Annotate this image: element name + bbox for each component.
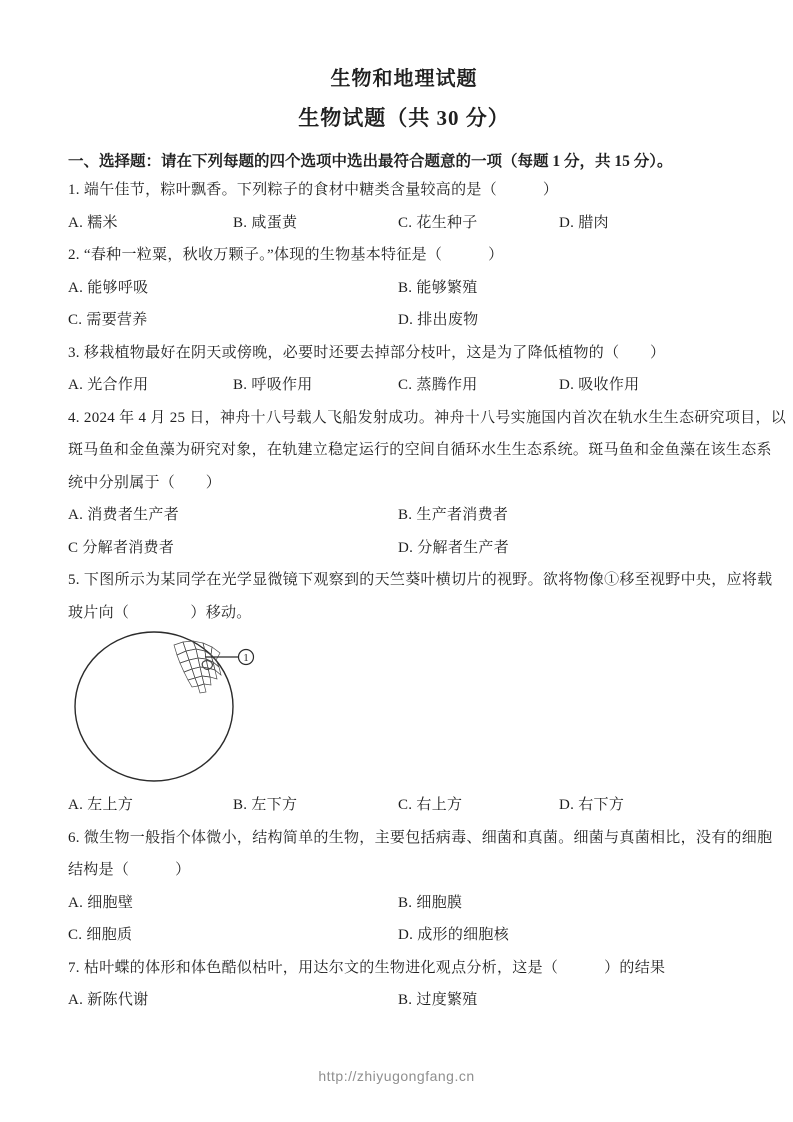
watermark-url: http://zhiyugongfang.cn xyxy=(0,1068,793,1084)
option-4c: C 分解者消费者 xyxy=(68,532,398,565)
option-6c: C. 细胞质 xyxy=(68,919,398,952)
question-5-options: A. 左上方 B. 左下方 C. 右上方 D. 右下方 xyxy=(68,789,740,822)
question-4-options-row2: C 分解者消费者 D. 分解者生产者 xyxy=(68,532,740,565)
option-6b: B. 细胞膜 xyxy=(398,887,740,920)
question-1-options: A. 糯米 B. 咸蛋黄 C. 花生种子 D. 腊肉 xyxy=(68,207,740,240)
question-2-options-row2: C. 需要营养 D. 排出废物 xyxy=(68,304,740,337)
question-4-options-row1: A. 消费者生产者 B. 生产者消费者 xyxy=(68,499,740,532)
option-3b: B. 呼吸作用 xyxy=(233,369,398,402)
option-5c: C. 右上方 xyxy=(398,789,559,822)
page-subtitle: 生物试题（共 30 分） xyxy=(68,104,740,132)
question-6-stem-line2: 结构是（ ） xyxy=(68,854,740,887)
option-3d: D. 吸收作用 xyxy=(559,369,740,402)
option-4b: B. 生产者消费者 xyxy=(398,499,740,532)
question-7-stem: 7. 枯叶蝶的体形和体色酷似枯叶，用达尔文的生物进化观点分析，这是（ ）的结果 xyxy=(68,952,740,985)
question-5-stem-line1: 5. 下图所示为某同学在光学显微镜下观察到的天竺葵叶横切片的视野。欲将物像①移至… xyxy=(68,564,740,597)
question-1-stem: 1. 端午佳节，粽叶飘香。下列粽子的食材中糖类含量较高的是（ ） xyxy=(68,174,740,207)
option-1a: A. 糯米 xyxy=(68,207,233,240)
option-3c: C. 蒸腾作用 xyxy=(398,369,559,402)
option-6a: A. 细胞壁 xyxy=(68,887,398,920)
microscope-field-diagram: 1 xyxy=(70,629,280,789)
question-6-options-row2: C. 细胞质 D. 成形的细胞核 xyxy=(68,919,740,952)
question-4-stem-line1: 4. 2024 年 4 月 25 日，神舟十八号载人飞船发射成功。神舟十八号实施… xyxy=(68,402,740,435)
option-4a: A. 消费者生产者 xyxy=(68,499,398,532)
question-5-stem-line2: 玻片向（ ）移动。 xyxy=(68,597,740,630)
field-circle xyxy=(75,632,233,781)
question-3-stem: 3. 移栽植物最好在阴天或傍晚，必要时还要去掉部分枝叶，这是为了降低植物的（ ） xyxy=(68,337,740,370)
exam-page: 生物和地理试题 生物试题（共 30 分） 一、选择题：请在下列每题的四个选项中选… xyxy=(0,0,793,1122)
page-title: 生物和地理试题 xyxy=(68,66,740,92)
option-1b: B. 咸蛋黄 xyxy=(233,207,398,240)
question-6-stem-line1: 6. 微生物一般指个体微小，结构简单的生物，主要包括病毒、细菌和真菌。细菌与真菌… xyxy=(68,822,740,855)
question-3-options: A. 光合作用 B. 呼吸作用 C. 蒸腾作用 D. 吸收作用 xyxy=(68,369,740,402)
option-7b: B. 过度繁殖 xyxy=(398,984,740,1017)
microscope-field-figure: 1 xyxy=(68,629,740,789)
question-4-stem-line3: 统中分别属于（ ） xyxy=(68,467,740,500)
option-2a: A. 能够呼吸 xyxy=(68,272,398,305)
cell-tissue xyxy=(174,641,221,693)
option-5b: B. 左下方 xyxy=(233,789,398,822)
option-4d: D. 分解者生产者 xyxy=(398,532,740,565)
option-3a: A. 光合作用 xyxy=(68,369,233,402)
option-1d: D. 腊肉 xyxy=(559,207,740,240)
option-2b: B. 能够繁殖 xyxy=(398,272,740,305)
option-6d: D. 成形的细胞核 xyxy=(398,919,740,952)
option-2c: C. 需要营养 xyxy=(68,304,398,337)
question-2-options-row1: A. 能够呼吸 B. 能够繁殖 xyxy=(68,272,740,305)
section-header: 一、选择题：请在下列每题的四个选项中选出最符合题意的一项（每题 1 分，共 15… xyxy=(68,150,740,174)
option-5a: A. 左上方 xyxy=(68,789,233,822)
question-4-stem-line2: 斑马鱼和金鱼藻为研究对象，在轨建立稳定运行的空间自循环水生生态系统。斑马鱼和金鱼… xyxy=(68,434,740,467)
question-7-options: A. 新陈代谢 B. 过度繁殖 xyxy=(68,984,740,1017)
option-7a: A. 新陈代谢 xyxy=(68,984,398,1017)
option-2d: D. 排出废物 xyxy=(398,304,740,337)
document-body: 生物和地理试题 生物试题（共 30 分） 一、选择题：请在下列每题的四个选项中选… xyxy=(68,66,740,1017)
question-2-stem: 2. “春种一粒粟，秋收万颗子。”体现的生物基本特征是（ ） xyxy=(68,239,740,272)
figure-label-1: 1 xyxy=(243,652,249,664)
option-1c: C. 花生种子 xyxy=(398,207,559,240)
question-6-options-row1: A. 细胞壁 B. 细胞膜 xyxy=(68,887,740,920)
option-5d: D. 右下方 xyxy=(559,789,740,822)
